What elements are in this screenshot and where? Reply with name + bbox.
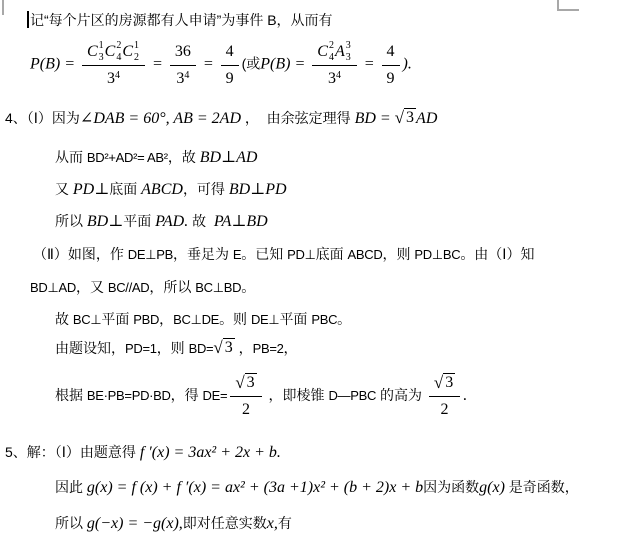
text-line[interactable]: 由题设知，PD=1，则 BD=√3 ，PB=2， — [55, 337, 298, 360]
text-run: BE·PB=PD·BD — [87, 388, 171, 403]
text-run: PAD. — [155, 213, 188, 230]
text-run: 因为函数 — [423, 479, 479, 495]
text-run: 3 — [328, 70, 336, 87]
denominator: 9 — [221, 66, 239, 90]
text-run: g(x) = f (x) + f ′(x) = ax² + (3a +1)x² … — [87, 479, 423, 496]
text-run: P(B) = — [260, 56, 309, 73]
text-run: ，可得 — [183, 181, 229, 197]
text-run: ，得 — [171, 387, 203, 403]
text-run: PB=2 — [253, 341, 284, 356]
radical: √3 — [213, 338, 234, 357]
text-line[interactable]: 所以 BD⊥平面 PAD. 故 PA⊥BD — [55, 210, 268, 233]
numerator: C13C24C12 — [82, 40, 145, 66]
text-run: 即对任意实数 — [183, 515, 267, 531]
numerator: 36 — [170, 40, 196, 66]
radicand: 3 — [443, 373, 455, 391]
radical: √3 — [235, 373, 256, 392]
sub-script: 3 — [346, 53, 351, 63]
text-run: BD⊥AD — [30, 280, 76, 295]
text-run: BD= — [189, 341, 214, 356]
radical-sign: √ — [213, 338, 222, 357]
numerator: √3 — [429, 372, 460, 397]
text-run: 是奇函数， — [505, 479, 579, 495]
text-run: DE= — [203, 388, 228, 403]
fraction: 3634 — [170, 40, 196, 90]
scripts-column: 12 — [134, 41, 139, 63]
scripts-column: 24 — [116, 41, 121, 63]
text-run: BD⊥ — [87, 213, 123, 230]
text-run: 因此 — [55, 479, 87, 495]
text-run: BC//AD — [108, 280, 150, 295]
text-run: ，故 — [168, 149, 200, 165]
text-run: PA⊥BD — [214, 213, 268, 230]
numerator: C24A33 — [312, 40, 356, 66]
text-run: ，则 — [382, 246, 414, 262]
document-page[interactable]: 记“每个片区的房源都有人申请”为事件 B，从而有P(B) = C13C24C12… — [0, 0, 620, 542]
text-line[interactable]: BD⊥AD，又 BC//AD，所以 BC⊥BD。 — [30, 276, 255, 299]
crop-mark-top-left — [2, 0, 4, 15]
text-run: g(−x) = −g(x), — [87, 515, 183, 532]
scripts-column: 33 — [346, 41, 351, 63]
text-run: 故 — [55, 311, 73, 327]
base-with-scripts: C12 — [122, 41, 139, 63]
scripts-column: 24 — [329, 41, 334, 63]
text-run: P(B) = — [30, 56, 79, 73]
sub-script: 4 — [116, 53, 121, 63]
text-run: = — [148, 56, 167, 73]
text-run: ，所以 — [149, 279, 195, 295]
text-run: BC⊥BD — [195, 280, 241, 295]
text-run: 有 — [278, 515, 292, 531]
denominator: 2 — [429, 397, 460, 421]
text-run: 所以 — [55, 213, 87, 229]
text-run: ， — [235, 340, 253, 356]
crop-mark-top-right-horizontal — [557, 9, 579, 11]
fraction: √32 — [429, 372, 460, 421]
text-run: ， — [159, 311, 173, 327]
text-run: AD — [416, 110, 437, 127]
radical-sign: √ — [434, 373, 443, 392]
text-run: 。已知 — [241, 246, 287, 262]
text-run: = — [199, 56, 218, 73]
text-line[interactable]: 记“每个片区的房源都有人申请”为事件 B，从而有 — [27, 9, 333, 31]
script-base: A — [335, 41, 345, 63]
text-run: ，垂足为 — [173, 246, 233, 262]
text-run: x, — [267, 515, 278, 532]
base-with-scripts: C24 — [105, 41, 122, 63]
text-run: . — [463, 387, 467, 404]
denominator: 2 — [230, 397, 261, 421]
text-run: BC⊥DE — [173, 312, 219, 327]
text-run: 4 — [226, 43, 234, 60]
text-run: 。 — [337, 311, 351, 327]
fraction: 49 — [382, 40, 400, 90]
text-run: ∠DAB = 60°, AB = 2AD — [80, 110, 241, 127]
fraction: C13C24C1234 — [82, 40, 145, 90]
text-run: 底面 — [109, 181, 141, 197]
base-with-scripts: C24 — [317, 41, 334, 63]
radicand: 3 — [404, 108, 416, 126]
text-run: 2 — [242, 401, 250, 418]
text-run: ，即棱锥 — [265, 387, 329, 403]
text-run: BD²+AD²= AB² — [87, 150, 168, 165]
radical: √3 — [395, 108, 416, 127]
text-run: f ′(x) = 3ax² + 2x + b. — [140, 444, 281, 461]
text-run: DE⊥ — [251, 312, 279, 327]
text-run: 平面 — [279, 311, 311, 327]
text-line[interactable]: （Ⅱ）如图，作 DE⊥PB，垂足为 E。已知 PD⊥底面 ABCD，则 PD⊥B… — [33, 243, 534, 266]
text-run: 又 — [55, 181, 73, 197]
text-run: 记“每个片区的房源都有人申请”为事件 B，从而有 — [30, 12, 333, 28]
text-run: PD⊥ — [73, 181, 109, 198]
numerator: 4 — [221, 40, 239, 66]
sub-script: 4 — [329, 53, 334, 63]
text-run: DE⊥PB — [128, 247, 173, 262]
text-line[interactable]: 从而 BD²+AD²= AB²，故 BD⊥AD — [55, 146, 257, 169]
numerator: 4 — [382, 40, 400, 66]
numerator: √3 — [230, 372, 261, 397]
denominator: 34 — [82, 66, 145, 90]
text-run: 。则 — [219, 311, 251, 327]
script-base: C — [87, 41, 98, 63]
text-run: ， 由余弦定理得 — [241, 110, 355, 126]
text-line[interactable]: 故 BC⊥平面 PBD，BC⊥DE。则 DE⊥平面 PBC。 — [55, 308, 351, 331]
denominator: 9 — [382, 66, 400, 90]
text-line[interactable]: 根据 BE·PB=PD·BD，得 DE=√32 ，即棱锥 D—PBC 的高为 √… — [55, 372, 467, 421]
superscript: 4 — [115, 70, 120, 81]
sup-script: 2 — [116, 41, 121, 51]
text-line[interactable]: 因此 g(x) = f (x) + f ′(x) = ax² + (3a +1)… — [55, 476, 579, 499]
denominator: 34 — [312, 66, 356, 90]
text-run: 故 — [188, 213, 214, 229]
superscript: 4 — [336, 70, 341, 81]
text-run: ，则 — [157, 340, 189, 356]
text-run: PD⊥ — [287, 247, 315, 262]
text-run: PD⊥BC — [414, 247, 460, 262]
text-run: 4、（Ⅰ）因为 — [5, 110, 80, 126]
radical-sign: √ — [235, 373, 244, 392]
sup-script: 3 — [346, 41, 351, 51]
text-run: PBC — [311, 312, 337, 327]
text-run: （Ⅱ）如图，作 — [33, 246, 128, 262]
radicand: 3 — [223, 338, 235, 356]
text-run: PBD — [133, 312, 159, 327]
sup-script: 2 — [329, 41, 334, 51]
text-run: BD = — [355, 110, 395, 127]
text-run: BD⊥PD — [229, 181, 287, 198]
denominator: 34 — [170, 66, 196, 90]
scripts-column: 13 — [99, 41, 104, 63]
text-run: ABCD — [348, 247, 383, 262]
text-run: 平面 — [123, 213, 155, 229]
text-run: 3 — [107, 70, 115, 87]
text-run: 5、解：（Ⅰ）由题意得 — [5, 444, 140, 460]
sup-script: 1 — [134, 41, 139, 51]
script-base: C — [105, 41, 116, 63]
radicand: 3 — [245, 373, 257, 391]
text-run: 由题设知， — [55, 340, 125, 356]
text-run: 36 — [175, 43, 191, 60]
script-base: C — [122, 41, 133, 63]
fraction: √32 — [230, 372, 261, 421]
text-run: g(x) — [479, 479, 505, 496]
sub-script: 2 — [134, 53, 139, 63]
superscript: 4 — [184, 70, 189, 81]
radical: √3 — [434, 373, 455, 392]
fraction: C24A3334 — [312, 40, 356, 90]
sup-script: 1 — [99, 41, 104, 51]
text-run: ， — [284, 340, 298, 356]
text-line[interactable]: 5、解：（Ⅰ）由题意得 f ′(x) = 3ax² + 2x + b. — [5, 441, 281, 464]
text-run: ). — [403, 56, 412, 73]
text-run: 9 — [226, 70, 234, 87]
text-run: BC⊥ — [73, 312, 101, 327]
text-run: 。由（Ⅰ）知 — [460, 246, 534, 262]
text-run: = — [360, 56, 379, 73]
base-with-scripts: A33 — [335, 41, 351, 63]
text-line[interactable]: P(B) = C13C24C1234 = 3634 = 49(或P(B) = C… — [30, 40, 412, 90]
text-run: 。 — [241, 279, 255, 295]
text-run: 2 — [441, 401, 449, 418]
text-run: 平面 — [101, 311, 133, 327]
text-run: 9 — [387, 70, 395, 87]
base-with-scripts: C13 — [87, 41, 104, 63]
fraction: 49 — [221, 40, 239, 90]
text-run: D—PBC — [328, 388, 376, 403]
sub-script: 3 — [99, 53, 104, 63]
text-line[interactable]: 所以 g(−x) = −g(x),即对任意实数x,有 — [55, 512, 292, 535]
text-cursor — [27, 11, 29, 28]
text-run: BD⊥AD — [200, 149, 258, 166]
text-run: 所以 — [55, 515, 87, 531]
text-run: ，又 — [76, 279, 108, 295]
text-run: 的高为 — [376, 387, 426, 403]
text-run: PD=1 — [125, 341, 157, 356]
text-run: 从而 — [55, 149, 87, 165]
radical-sign: √ — [395, 108, 404, 127]
text-line[interactable]: 又 PD⊥底面 ABCD，可得 BD⊥PD — [55, 178, 287, 201]
text-line[interactable]: 4、（Ⅰ）因为∠DAB = 60°, AB = 2AD ， 由余弦定理得 BD … — [5, 107, 437, 130]
script-base: C — [317, 41, 328, 63]
text-run: 4 — [387, 43, 395, 60]
text-run: 根据 — [55, 387, 87, 403]
text-run: 底面 — [316, 246, 348, 262]
text-run: (或 — [242, 56, 261, 72]
text-run: ABCD — [141, 181, 183, 198]
